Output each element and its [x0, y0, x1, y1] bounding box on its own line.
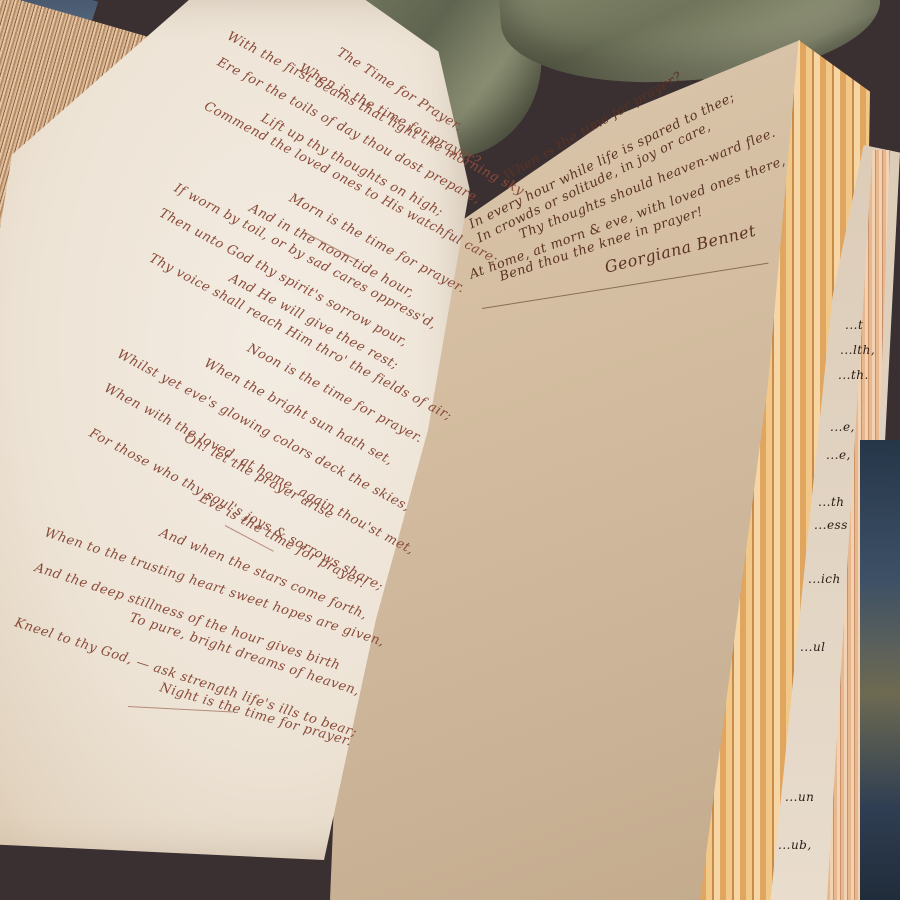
- page-fragment: ...th: [818, 495, 845, 509]
- page-fragment: ...e,: [826, 448, 851, 462]
- photo-scene: The Time for Prayer. When is the time fo…: [0, 0, 900, 900]
- page-fragment: ...un: [785, 790, 814, 804]
- page-fragment: ...lth,: [840, 343, 875, 357]
- page-fragment: ...ub,: [778, 838, 812, 852]
- page-fragment: ...ess: [814, 518, 848, 532]
- page-fragment: ...e,: [830, 420, 855, 434]
- page-fragment: ...th.: [838, 368, 869, 382]
- marbled-cover-right: [860, 440, 900, 900]
- page-fragment: ...ul: [800, 640, 826, 654]
- page-fragment: ...ich: [808, 572, 841, 586]
- page-fragment: ...t: [845, 318, 863, 332]
